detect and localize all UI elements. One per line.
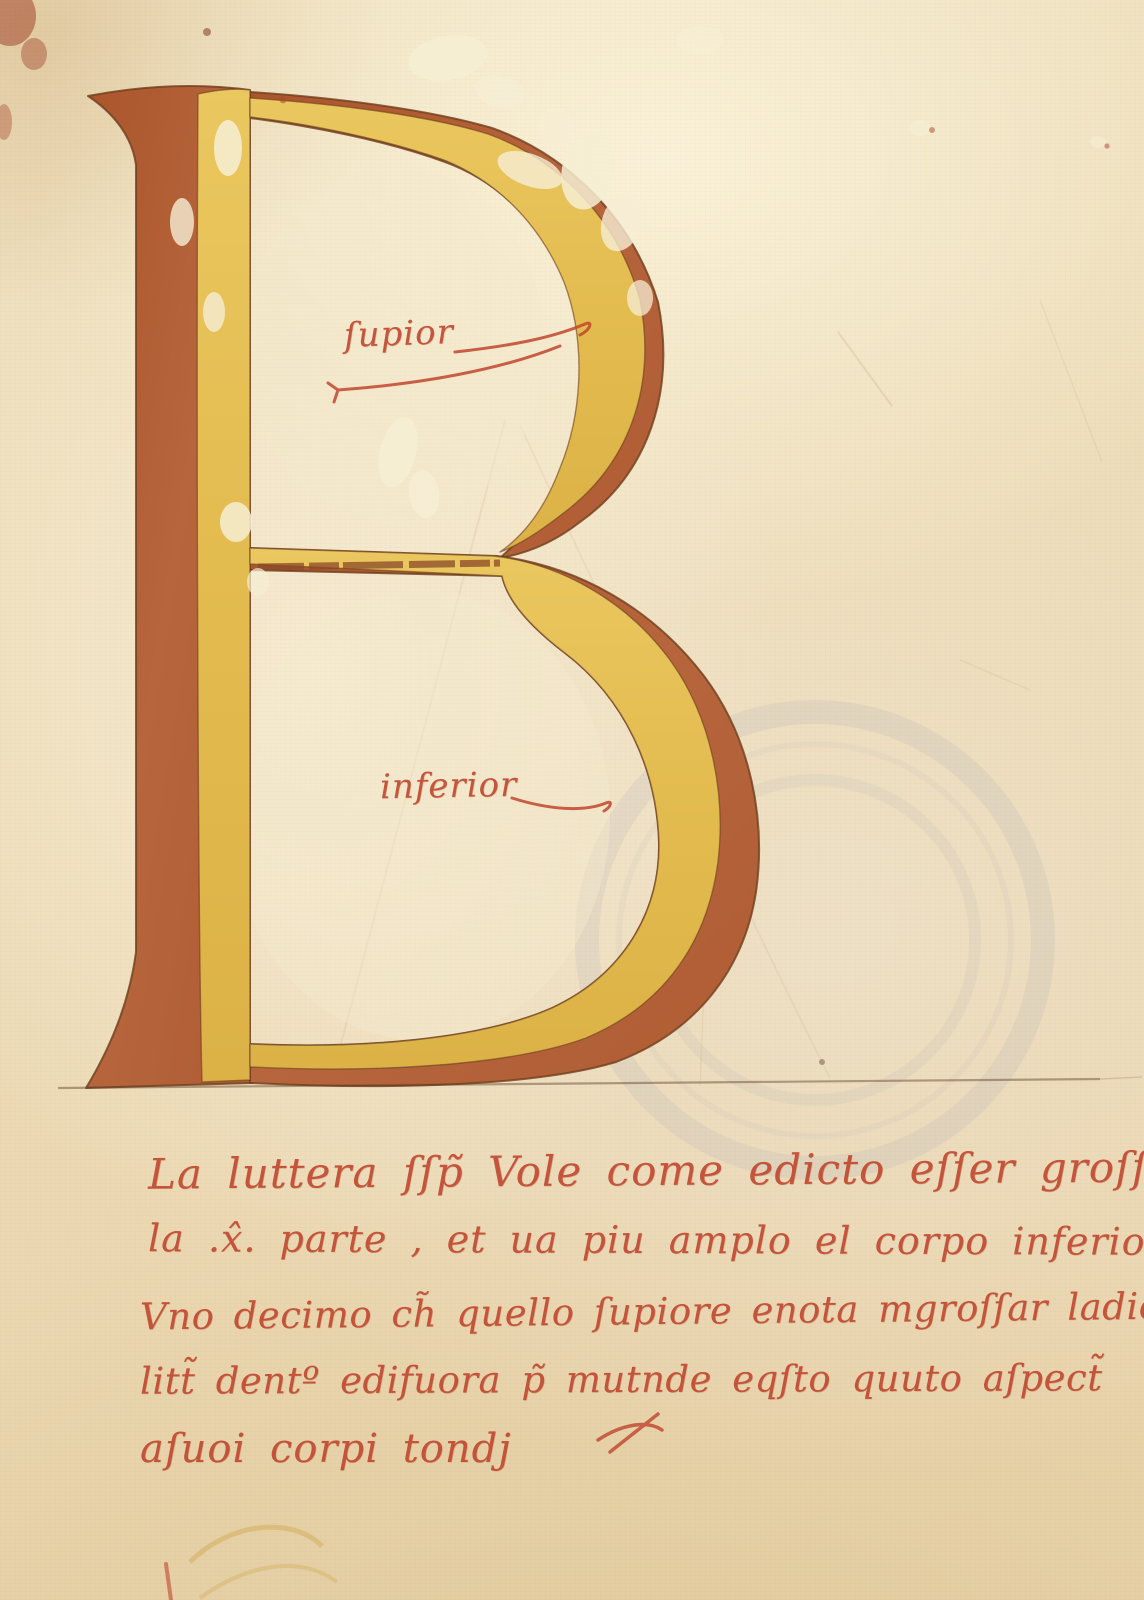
crossbar-underline	[258, 563, 500, 567]
bottom-red-tick	[166, 1564, 171, 1600]
stem-gold	[197, 89, 250, 1082]
line4-flourish	[598, 1414, 662, 1452]
caption-line-1: La luttera ſſp̃ Vole come edicto eſſer g…	[148, 1142, 1144, 1198]
bottom-sketch-lines	[190, 1527, 337, 1598]
label-inferior: inferior	[380, 765, 518, 807]
caption-line-5: aſuoi corpi tondj	[140, 1426, 512, 1472]
manuscript-page: ſupior inferior La luttera ſſp̃ Vole com…	[0, 0, 1144, 1600]
label-superior: ſupior	[343, 312, 454, 356]
caption-line-2: la .x̂. parte , et ua piu amplo el corpo…	[148, 1216, 1144, 1264]
caption-line-4: litt̃ dentº edifuora p̃ mutnde eqſto quu…	[140, 1356, 1103, 1402]
